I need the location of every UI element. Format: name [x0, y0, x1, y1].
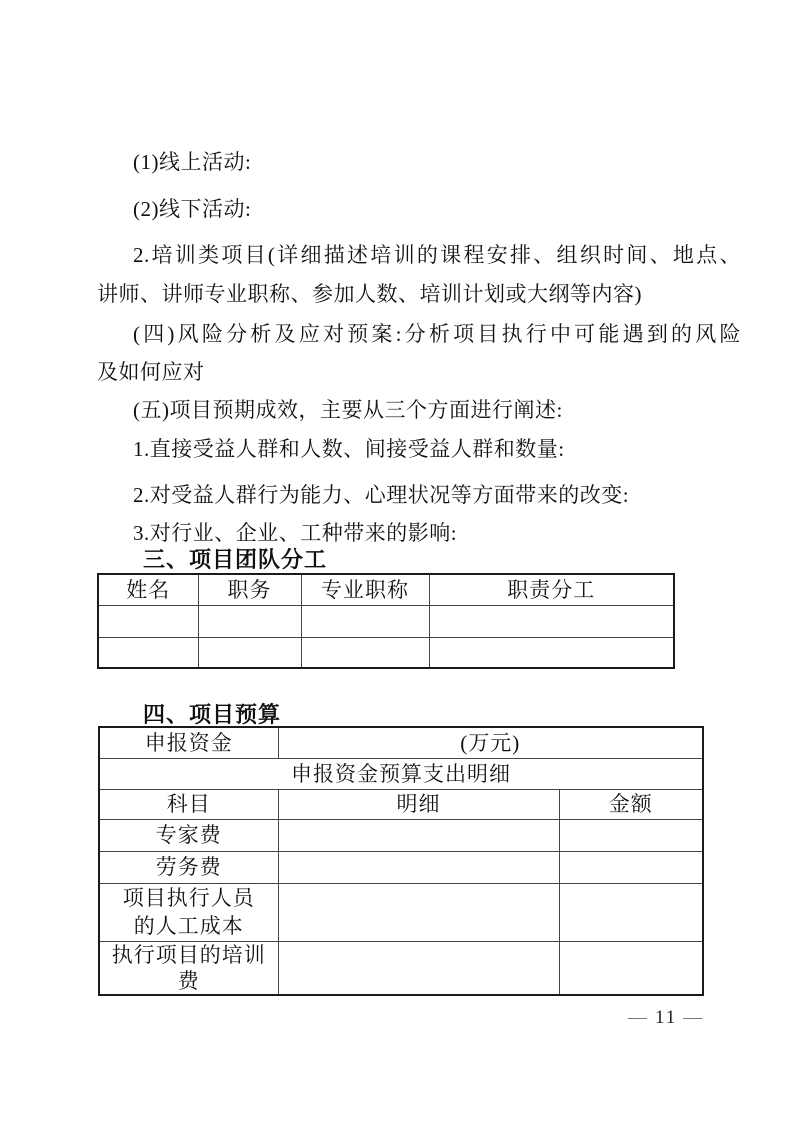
budget-subheader: 申报资金预算支出明细: [99, 758, 703, 789]
budget-amount-cell: [559, 941, 703, 995]
budget-subject-cell: 劳务费: [99, 851, 278, 883]
budget-row-staff-cost: 项目执行人员的人工成本: [99, 883, 703, 941]
budget-detail-cell: [278, 819, 559, 851]
team-table: 姓名 职务 专业职称 职责分工: [97, 573, 675, 669]
page-number-value: 11: [655, 1007, 677, 1028]
team-table-empty-cell: [429, 637, 674, 668]
budget-detail-cell: [278, 851, 559, 883]
budget-declared-funds-label: 申报资金: [99, 727, 278, 758]
body-line: 讲师、讲师专业职称、参加人数、培训计划或大纲等内容): [97, 282, 705, 306]
body-line: 及如何应对: [97, 360, 705, 384]
budget-table: 申报资金 (万元) 申报资金预算支出明细 科目 明细 金额 专家费 劳务费 项目…: [98, 726, 704, 996]
body-line: 3.对行业、企业、工种带来的影响:: [97, 521, 741, 545]
budget-amount-cell: [559, 851, 703, 883]
team-table-empty-cell: [198, 637, 301, 668]
budget-declared-funds-row: 申报资金 (万元): [99, 727, 703, 758]
document-page: (1)线上活动: (2)线下活动: 2.培训类项目(详细描述培训的课程安排、组织…: [0, 0, 803, 1135]
page-number-dash-left: —: [622, 1007, 655, 1028]
body-line: 2.培训类项目(详细描述培训的课程安排、组织时间、地点、: [97, 243, 741, 267]
team-table-header-row: 姓名 职务 专业职称 职责分工: [98, 574, 674, 605]
team-table-empty-cell: [198, 605, 301, 637]
team-table-header-responsibility: 职责分工: [429, 574, 674, 605]
budget-header-subject: 科目: [99, 789, 278, 819]
budget-row-training-fee: 执行项目的培训费: [99, 941, 703, 995]
budget-declared-funds-unit: (万元): [278, 727, 703, 758]
team-table-row: [98, 637, 674, 668]
budget-subheader-row: 申报资金预算支出明细: [99, 758, 703, 789]
budget-header-amount: 金额: [559, 789, 703, 819]
budget-row-expert-fee: 专家费: [99, 819, 703, 851]
budget-amount-cell: [559, 883, 703, 941]
team-table-header-name: 姓名: [98, 574, 198, 605]
team-table-row: [98, 605, 674, 637]
team-table-header-professional-title: 专业职称: [301, 574, 429, 605]
team-table-empty-cell: [98, 605, 198, 637]
body-line: (1)线上活动:: [97, 150, 741, 174]
page-number: —11—: [622, 1007, 710, 1029]
budget-detail-cell: [278, 883, 559, 941]
budget-amount-cell: [559, 819, 703, 851]
budget-table-title: 四、项目预算: [143, 703, 281, 727]
budget-header-row: 科目 明细 金额: [99, 789, 703, 819]
team-table-empty-cell: [429, 605, 674, 637]
budget-subject-cell: 执行项目的培训费: [99, 941, 278, 995]
team-table-empty-cell: [301, 637, 429, 668]
budget-subject-cell: 项目执行人员的人工成本: [99, 883, 278, 941]
budget-header-detail: 明细: [278, 789, 559, 819]
team-table-header-position: 职务: [198, 574, 301, 605]
budget-row-labor-fee: 劳务费: [99, 851, 703, 883]
body-line: (五)项目预期成效，主要从三个方面进行阐述:: [97, 398, 741, 422]
body-line: (四)风险分析及应对预案:分析项目执行中可能遇到的风险: [97, 322, 741, 346]
budget-detail-cell: [278, 941, 559, 995]
body-line: 2.对受益人群行为能力、心理状况等方面带来的改变:: [97, 483, 741, 507]
body-line: 1.直接受益人群和人数、间接受益人群和数量:: [97, 437, 741, 461]
body-line: (2)线下活动:: [97, 197, 741, 221]
team-table-empty-cell: [98, 637, 198, 668]
page-number-dash-right: —: [677, 1007, 710, 1028]
team-table-title: 三、项目团队分工: [143, 548, 327, 572]
team-table-empty-cell: [301, 605, 429, 637]
budget-subject-cell: 专家费: [99, 819, 278, 851]
